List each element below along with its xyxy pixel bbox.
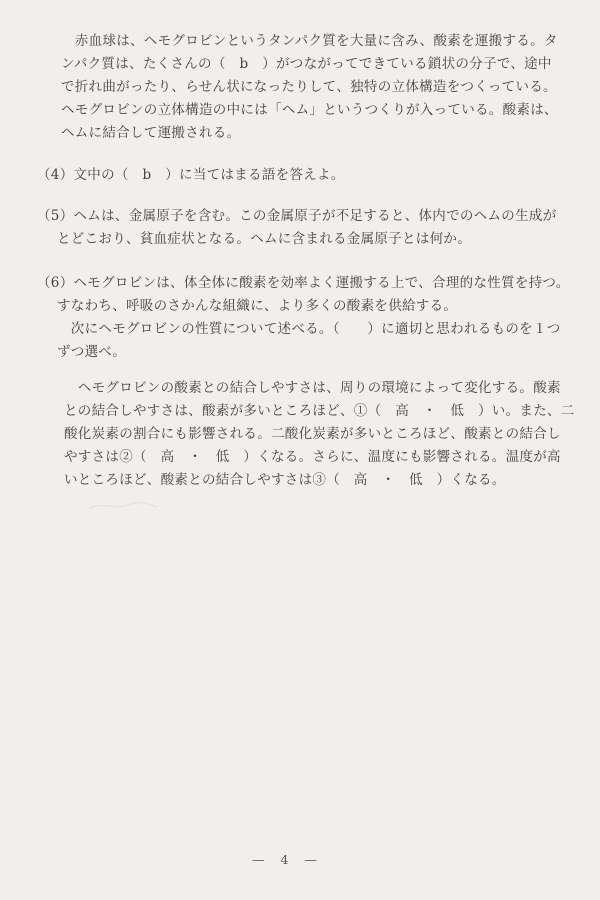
question-5-text: ヘムは、金属原子を含む。この金属原子が不足すると、体内でのヘムの生成が (74, 208, 557, 224)
text-line: 酸化炭素の割合にも影響される。二酸化炭素が多いところほど、酸素との結合し (64, 423, 575, 446)
text-line: いところほど、酸素との結合しやすさは③（ 高 ・ 低 ）くなる。 (64, 469, 575, 492)
question-6-text: ヘモグロビンは、体全体に酸素を効率よく運搬する上で、合理的な性質を持つ。 (74, 275, 570, 291)
text-line: ヘモグロビンの立体構造の中には「ヘム」というつくりが入っている。酸素は、 (61, 99, 558, 122)
text-line: すなわち、呼吸のさかんな組織に、より多くの酸素を供給する。 (57, 295, 570, 318)
text-line: （5）ヘムは、金属原子を含む。この金属原子が不足すると、体内でのヘムの生成が (37, 205, 557, 228)
text-line: 次にヘモグロビンの性質について述べる。（ ）に適切と思われるものを１つ (57, 318, 570, 341)
text-line: （4）文中の（ b ）に当てはまる語を答えよ。 (37, 164, 345, 187)
question-6-marker: （6） (37, 272, 74, 295)
scan-smudge-artifact (88, 496, 158, 514)
text-line: ンパク質は、たくさんの（ b ）がつながってできている鎖状の分子で、途中 (61, 53, 558, 76)
page-number-footer: — 4 — (0, 852, 585, 867)
question-4: （4）文中の（ b ）に当てはまる語を答えよ。 (37, 164, 345, 187)
question-5: （5）ヘムは、金属原子を含む。この金属原子が不足すると、体内でのヘムの生成が と… (37, 205, 557, 251)
text-line: 赤血球は、ヘモグロビンというタンパク質を大量に含み、酸素を運搬する。タ (61, 30, 558, 53)
question-4-text: 文中の（ b ）に当てはまる語を答えよ。 (74, 167, 345, 183)
question-5-marker: （5） (37, 205, 74, 228)
intro-paragraph: 赤血球は、ヘモグロビンというタンパク質を大量に含み、酸素を運搬する。タ ンパク質… (61, 30, 558, 145)
question-6: （6）ヘモグロビンは、体全体に酸素を効率よく運搬する上で、合理的な性質を持つ。 … (37, 272, 570, 364)
text-line: で折れ曲がったり、らせん状になったりして、独特の立体構造をつくっている。 (61, 76, 558, 99)
text-line: との結合しやすさは、酸素が多いところほど、①（ 高 ・ 低 ）い。また、二 (64, 400, 575, 423)
text-line: やすさは②（ 高 ・ 低 ）くなる。さらに、温度にも影響される。温度が高 (64, 446, 575, 469)
text-line: とどこおり、貧血症状となる。ヘムに含まれる金属原子とは何か。 (57, 228, 557, 251)
question-4-marker: （4） (37, 164, 74, 187)
text-line: ずつ選べ。 (57, 341, 570, 364)
text-line: （6）ヘモグロビンは、体全体に酸素を効率よく運搬する上で、合理的な性質を持つ。 (37, 272, 570, 295)
hemoglobin-property-passage: ヘモグロビンの酸素との結合しやすさは、周りの環境によって変化する。酸素 との結合… (64, 377, 575, 492)
text-line: ヘモグロビンの酸素との結合しやすさは、周りの環境によって変化する。酸素 (64, 377, 575, 400)
text-line: ヘムに結合して運搬される。 (61, 122, 558, 145)
scanned-exam-page: 赤血球は、ヘモグロビンというタンパク質を大量に含み、酸素を運搬する。タ ンパク質… (0, 0, 600, 900)
